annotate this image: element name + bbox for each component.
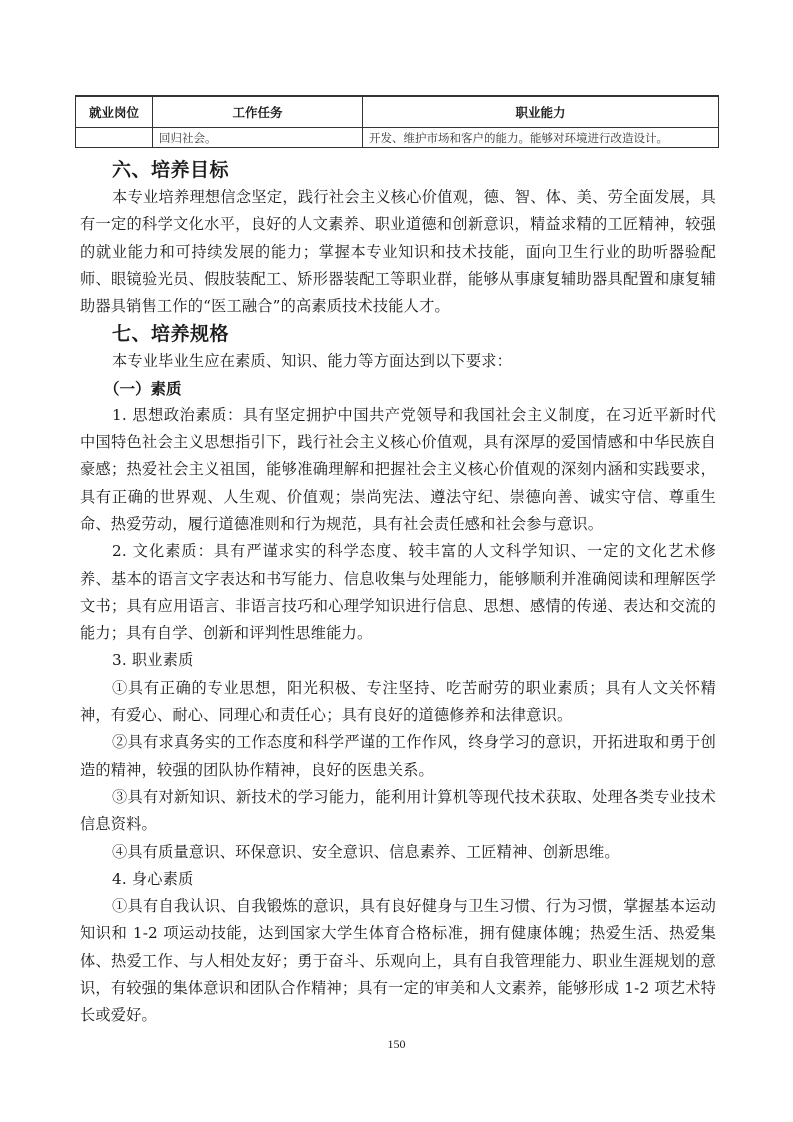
table-cell-abilities: 开发、维护市场和客户的能力。能够对环境进行改造设计。 [363, 128, 719, 148]
professional-quality-item-1: ①具有正确的专业思想，阳光积极、专注坚持、吃苦耐劳的职业素质；具有人文关怀精神，… [80, 675, 716, 730]
professional-quality-item-3: ③具有对新知识、新技术的学习能力，能利用计算机等现代技术获取、处理各类专业技术信… [80, 784, 716, 839]
political-quality-paragraph: 1. 思想政治素质：具有坚定拥护中国共产党领导和我国社会主义制度，在习近平新时代… [80, 402, 716, 538]
page-number: 150 [0, 1037, 793, 1052]
professional-quality-heading: 3. 职业素质 [80, 647, 716, 674]
section-heading-training-goal: 六、培养目标 [112, 156, 716, 184]
table-header-abilities: 职业能力 [363, 96, 719, 128]
table-row: 回归社会。 开发、维护市场和客户的能力。能够对环境进行改造设计。 [76, 128, 719, 148]
physical-mental-quality-heading: 4. 身心素质 [80, 866, 716, 893]
professional-quality-item-2: ②具有求真务实的工作态度和科学严谨的工作作风，终身学习的意识，开拓进取和勇于创造… [80, 729, 716, 784]
professional-quality-item-4: ④具有质量意识、环保意识、安全意识、信息素养、工匠精神、创新思维。 [80, 839, 716, 866]
physical-mental-quality-item-1: ①具有自我认识、自我锻炼的意识，具有良好健身与卫生习惯、行为习惯，掌握基本运动知… [80, 893, 716, 1029]
section-heading-training-spec: 七、培养规格 [112, 320, 716, 348]
table-header-position: 就业岗位 [76, 96, 153, 128]
table-header-tasks: 工作任务 [153, 96, 363, 128]
job-table: 就业岗位 工作任务 职业能力 回归社会。 开发、维护市场和客户的能力。能够对环境… [75, 95, 719, 148]
document-page: 就业岗位 工作任务 职业能力 回归社会。 开发、维护市场和客户的能力。能够对环境… [0, 0, 793, 1122]
body-content: 六、培养目标 本专业培养理想信念坚定，践行社会主义核心价值观，德、智、体、美、劳… [80, 156, 716, 1030]
training-goal-paragraph: 本专业培养理想信念坚定，践行社会主义核心价值观，德、智、体、美、劳全面发展，具有… [80, 184, 716, 320]
table-cell-position [76, 128, 153, 148]
table-cell-tasks: 回归社会。 [153, 128, 363, 148]
cultural-quality-paragraph: 2. 文化素质：具有严谨求实的科学态度、较丰富的人文科学知识、一定的文化艺术修养… [80, 538, 716, 647]
subsection-heading-quality: （一）素质 [104, 376, 716, 402]
table-header-row: 就业岗位 工作任务 职业能力 [76, 96, 719, 128]
training-spec-intro: 本专业毕业生应在素质、知识、能力等方面达到以下要求： [80, 348, 716, 375]
